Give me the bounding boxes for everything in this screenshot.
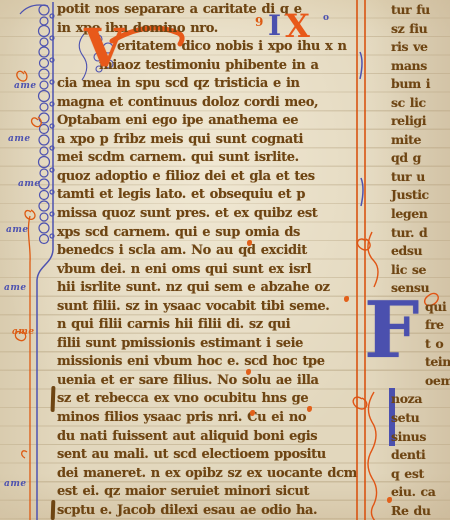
margin-gloss: ame — [18, 179, 41, 189]
manuscript-text-line: scptu e. Jacob dilexi esau ae odio ha. — [57, 502, 355, 520]
manuscript-text-line: tur. d — [391, 224, 450, 243]
chapter-numeral-x: X — [285, 7, 310, 45]
manuscript-text-line: n qui filii carnis hii filii di. sz qui — [57, 316, 355, 335]
manuscript-text-line: sinus — [391, 428, 450, 447]
chapter-paraph-mark: 9 — [255, 15, 263, 29]
left-margin-blue-scallop-chain — [20, 2, 54, 520]
chapter-numeral-i: I — [268, 9, 281, 42]
margin-gloss: ame — [4, 283, 27, 293]
column-ruling-line — [356, 0, 358, 520]
manuscript-text-line: religi — [391, 112, 450, 131]
manuscript-text-line: bum i — [391, 75, 450, 94]
manuscript-text-line: tamti et legis lato. et obsequiu et p — [57, 186, 355, 205]
manuscript-text-line: Justic — [391, 186, 450, 205]
manuscript-text-line: du nati fuissent aut aliquid boni egis — [57, 428, 355, 447]
manuscript-text-line: a xpo p fribz meis qui sunt cognati — [57, 131, 355, 150]
illuminated-initial-f: F — [364, 281, 419, 381]
manuscript-text-line: edsu — [391, 242, 450, 261]
manuscript-text-line: quoz adoptio e filioz dei et gla et tes — [57, 168, 355, 187]
manuscript-text-line: Optabam eni ego ipe anathema ee — [57, 112, 355, 131]
manuscript-text-line: lic se — [391, 261, 450, 280]
manuscript-text-line: sc lic — [391, 94, 450, 113]
manuscript-text-line: missionis eni vbum hoc e. scd hoc tpe — [57, 353, 355, 372]
manuscript-text-line: eiu. ca — [391, 483, 450, 502]
intercolumn-blue-marks — [360, 52, 363, 206]
manuscript-text-line: noza — [391, 390, 450, 409]
paragraph-stroke-mark — [51, 500, 55, 520]
manuscript-text-line: legen — [391, 205, 450, 224]
column-ruling-line — [364, 0, 366, 520]
right-text-column: tur fu sz fiu ris ve mans bum i sc lic r… — [391, 1, 450, 520]
margin-gloss: ame — [12, 327, 35, 337]
manuscript-text-line: dei maneret. n ex opibz sz ex uocante dc… — [57, 465, 355, 484]
manuscript-text-line: mite — [391, 131, 450, 150]
manuscript-text-line: potit nos separare a caritate di q e — [57, 1, 355, 20]
manuscript-text-line: hii isrlite sunt. nz qui sem e abzahe oz — [57, 279, 355, 298]
manuscript-text-line: denti — [391, 446, 450, 465]
manuscript-text-line: benedcs i scla am. No au qd excidit — [57, 242, 355, 261]
manuscript-text-line: uenia et er sare filius. No solu ae illa — [57, 372, 355, 391]
manuscript-text-line: qd g — [391, 149, 450, 168]
manuscript-text-line: q est — [391, 465, 450, 484]
manuscript-text-line: sz fiu — [391, 20, 450, 39]
manuscript-text-line: vbum dei. n eni oms qui sunt ex isrl — [57, 261, 355, 280]
manuscript-text-line: minos filios ysaac pris nri. Cu ei no — [57, 409, 355, 428]
margin-gloss: ame — [14, 81, 37, 91]
manuscript-text-line: sunt filii. sz in ysaac vocabit tibi sem… — [57, 298, 355, 317]
manuscript-text-line: sent au mali. ut scd electioem ppositu — [57, 446, 355, 465]
margin-gloss: ame — [6, 225, 29, 235]
manuscript-text-line: filii sunt pmissionis estimant i seie — [57, 335, 355, 354]
manuscript-text-line: Re du — [391, 502, 450, 520]
manuscript-text-line: mei scdm carnem. qui sunt isrlite. — [57, 149, 355, 168]
chapter-numeral-flourish: o — [323, 13, 329, 23]
illuminated-initial-v: V — [84, 25, 124, 73]
manuscript-text-line: setu — [391, 409, 450, 428]
manuscript-text-line: missa quoz sunt pres. et ex quibz est — [57, 205, 355, 224]
manuscript-text-line: est ei. qz maior seruiet minori sicut — [57, 483, 355, 502]
paragraph-stroke-mark — [51, 386, 55, 412]
margin-gloss: ame — [8, 134, 31, 144]
margin-gloss: ame — [4, 479, 27, 489]
manuscript-page: potit nos separare a caritate di q e in … — [0, 0, 450, 520]
manuscript-text-line: xps scd carnem. qui e sup omia ds — [57, 224, 355, 243]
manuscript-text-line: tur u — [391, 168, 450, 187]
manuscript-text-line: mans — [391, 57, 450, 76]
manuscript-text-line: magna et continuus doloz cordi meo, — [57, 94, 355, 113]
manuscript-text-line: ris ve — [391, 38, 450, 57]
manuscript-text-line: tur fu — [391, 1, 450, 20]
